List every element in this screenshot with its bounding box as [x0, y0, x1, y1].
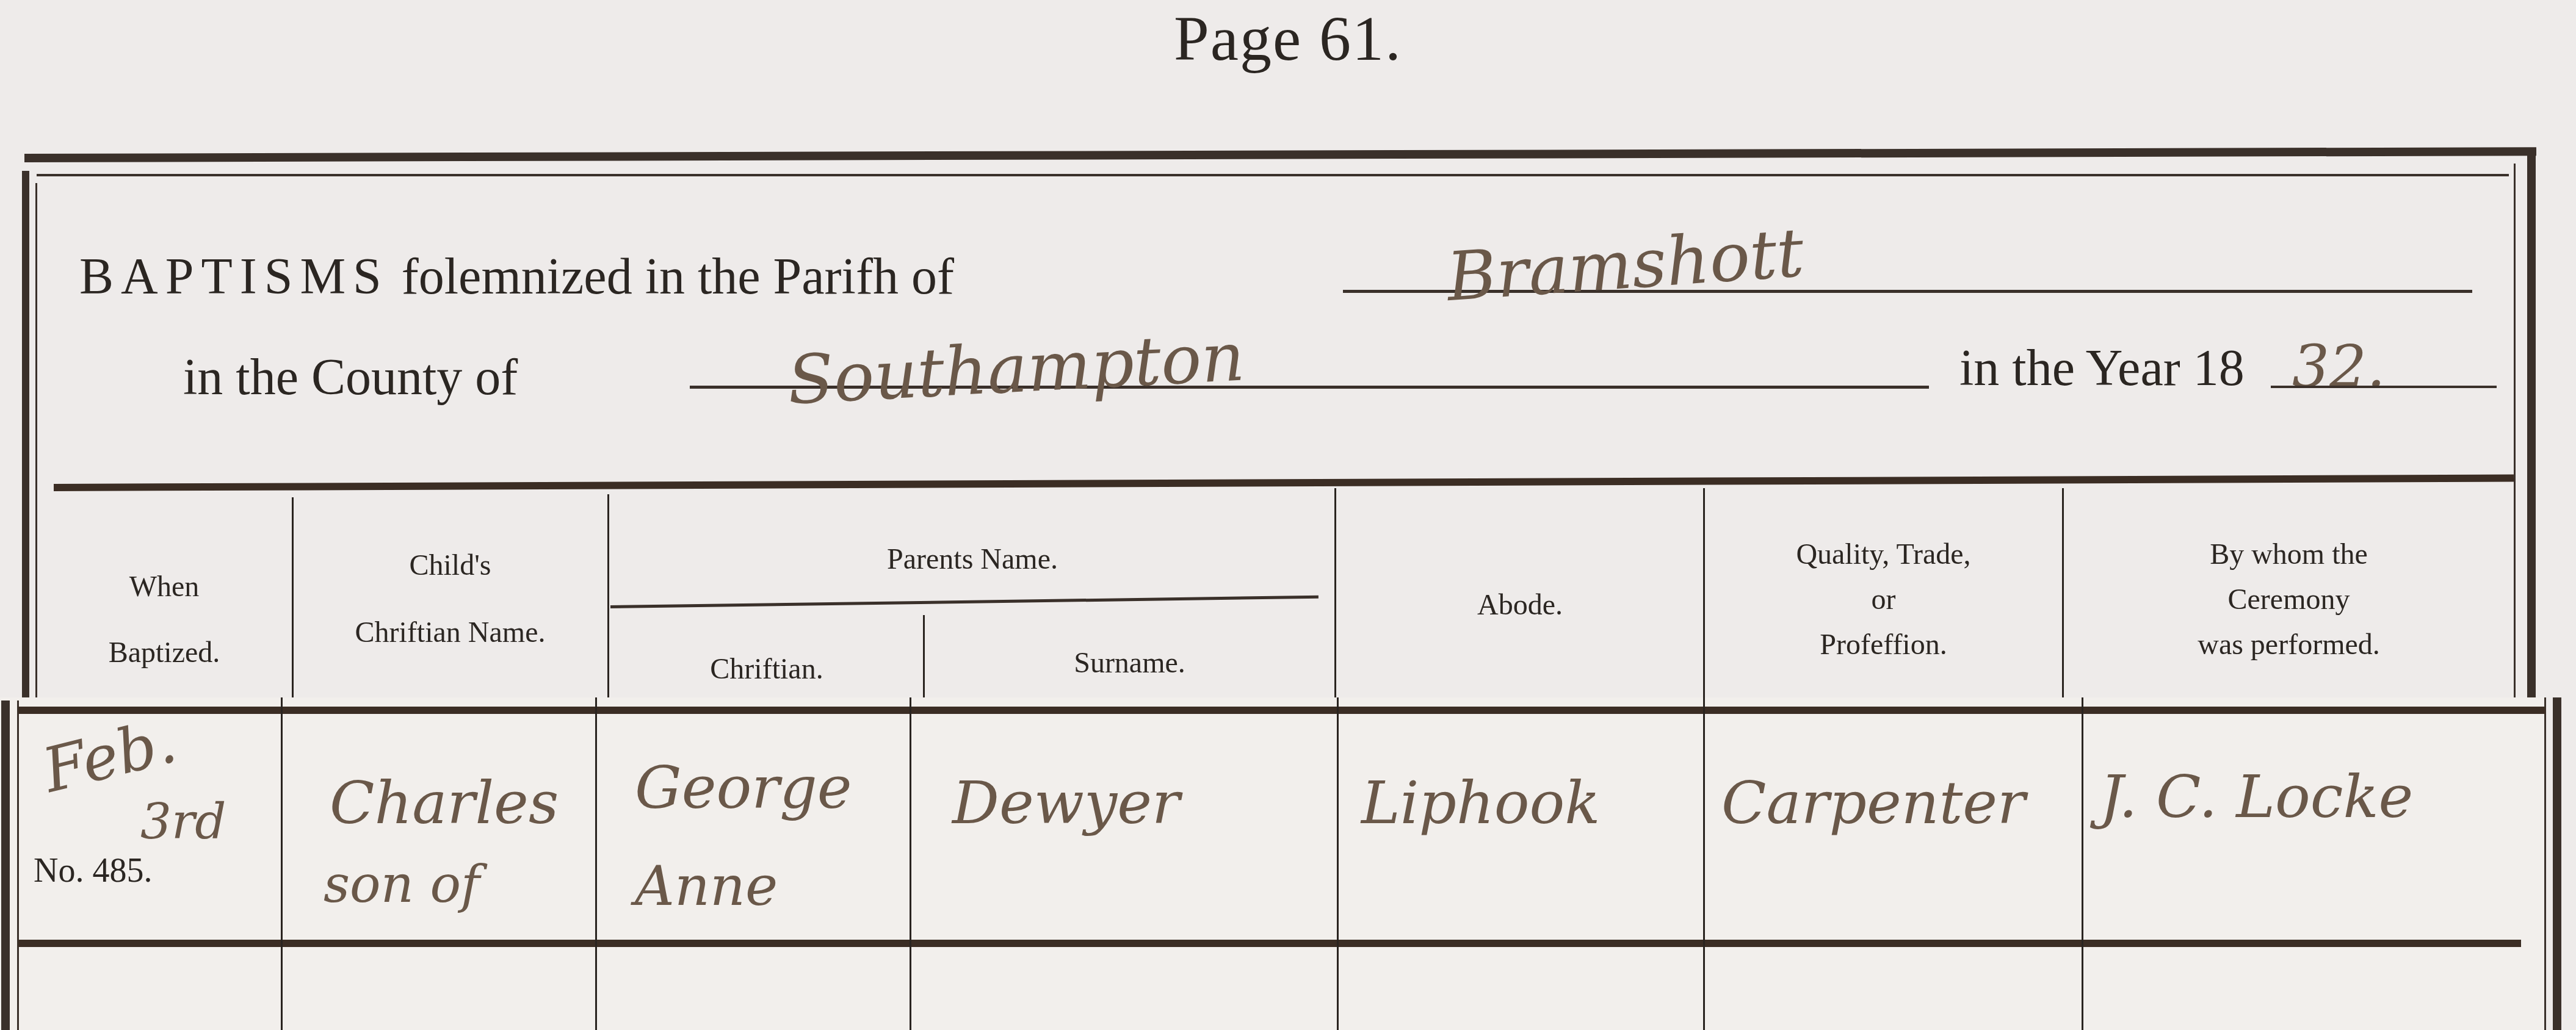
row-divider-6 — [2082, 697, 2083, 1030]
year-label: in the Year 18 — [1959, 339, 2245, 398]
quality-trade-label: Quality, Trade, — [1705, 532, 2062, 577]
entry-top-rule — [18, 707, 2545, 714]
christian-name-label: Chriftian Name. — [293, 610, 607, 655]
entry-son-of: son of — [324, 854, 480, 914]
header-line-1: BAPTISMS folemnized in the Parifh of — [79, 247, 954, 306]
entry-mother-name: Anne — [635, 854, 778, 918]
profession-label: Profeffion. — [1705, 622, 2062, 668]
entry-bottom-rule — [18, 940, 2521, 947]
entry-frame-right — [2553, 697, 2561, 1030]
entry-abode: Liphook — [1361, 769, 1601, 837]
baptized-label: Baptized. — [37, 630, 292, 675]
year-fill-line — [2271, 386, 2497, 388]
entry-quality: Carpenter — [1721, 769, 2025, 837]
col-header-quality: Quality, Trade, or Profeffion. — [1705, 532, 2062, 668]
parish-name: Bramshott — [1444, 214, 1806, 317]
col-header-parents-christian: Chriftian. — [610, 647, 923, 692]
year-value: 32. — [2292, 333, 2386, 401]
entry-day: 3rd — [140, 793, 226, 850]
entry-father-name: George — [635, 754, 852, 822]
col-header-when: When Baptized. — [37, 564, 292, 675]
row-divider-5 — [1703, 697, 1705, 1030]
baptisms-heading: BAPTISMS — [79, 248, 389, 305]
entry-number: No. 485. — [34, 851, 152, 890]
row-divider-2 — [595, 697, 597, 1030]
col-header-child: Child's Chriftian Name. — [293, 543, 607, 655]
childs-label: Child's — [293, 543, 607, 588]
when-label: When — [37, 564, 292, 610]
solemnized-text: folemnized in the Parifh of — [402, 248, 954, 305]
entry-frame-left — [1, 700, 10, 1030]
entry-child-name: Charles — [330, 769, 559, 837]
county-name: Southampton — [786, 317, 1246, 419]
entry-frame-right-inner — [2544, 697, 2546, 1030]
col-header-parents-surname: Surname. — [925, 641, 1334, 686]
col-divider-2 — [607, 494, 609, 708]
entry-surname: Dewyer — [952, 769, 1180, 837]
entry-by-whom: J. C. Locke — [2100, 763, 2413, 831]
page-title: Page 61. — [0, 2, 2576, 75]
frame-top-inner — [37, 174, 2509, 176]
by-whom-label: By whom the — [2064, 532, 2514, 577]
entry-frame-left-inner — [17, 700, 19, 1030]
ceremony-label: Ceremony — [2064, 577, 2514, 622]
row-divider-1 — [281, 697, 283, 1030]
frame-top-outer — [24, 147, 2536, 162]
or-label: or — [1705, 577, 2062, 622]
col-header-parents: Parents Name. — [610, 537, 1334, 582]
header-line-2: in the County of — [183, 348, 518, 407]
table-top-rule — [54, 475, 2514, 491]
col-header-abode: Abode. — [1337, 583, 1703, 628]
row-divider-4 — [1337, 697, 1339, 1030]
col-header-by-whom: By whom the Ceremony was performed. — [2064, 532, 2514, 668]
parents-subheading-rule — [610, 596, 1319, 608]
row-divider-3 — [910, 697, 911, 1030]
was-performed-label: was performed. — [2064, 622, 2514, 668]
col-divider-3 — [1334, 488, 1336, 708]
